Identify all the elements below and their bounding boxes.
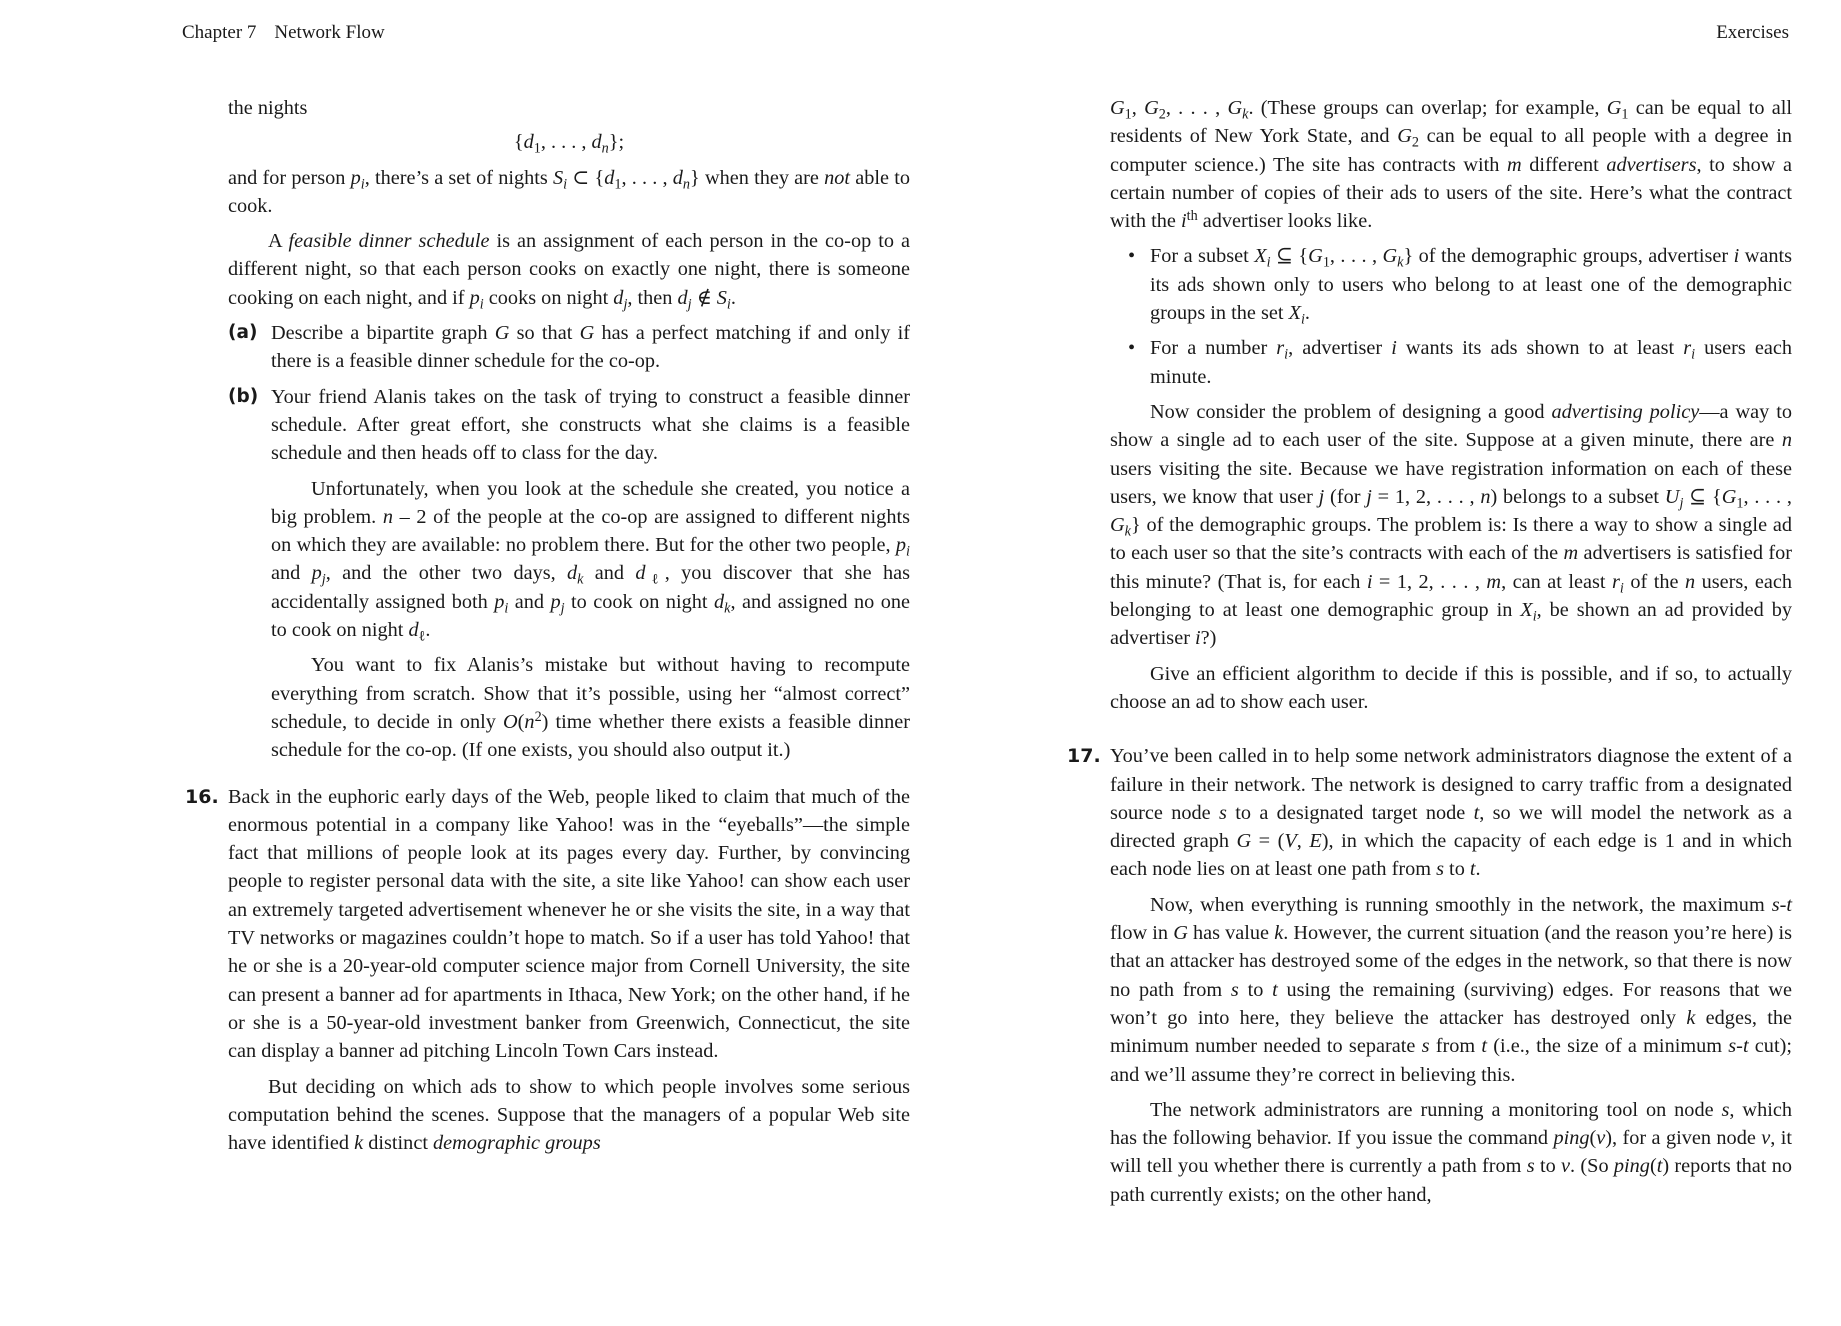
problem-16-paragraph-1: Back in the euphoric early days of the W…: [228, 783, 910, 1066]
problem-17-number: 17.: [1067, 742, 1101, 770]
bullet-item-number: For a number ri, advertiser i wants its …: [1110, 334, 1792, 391]
paragraph-advertising-policy: Now consider the problem of designing a …: [1110, 398, 1792, 653]
right-column: G1, G2, . . . , Gk. (These groups can ov…: [1110, 94, 1792, 1209]
part-a: (a) Describe a bipartite graph G so that…: [228, 319, 910, 376]
left-column: the nights {d1, . . . , dn}; and for per…: [228, 94, 910, 1157]
part-b-text-1: Your friend Alanis takes on the task of …: [271, 383, 910, 468]
part-a-label: (a): [228, 319, 257, 347]
paragraph-give-algorithm: Give an efficient algorithm to decide if…: [1110, 660, 1792, 717]
contract-conditions-list: For a subset Xi ⊆ {G1, . . . , Gk} of th…: [1110, 242, 1792, 390]
problem-16-number: 16.: [185, 783, 219, 811]
paragraph-person-nights: and for person pi, there’s a set of nigh…: [228, 164, 910, 221]
part-b-label: (b): [228, 383, 258, 411]
part-b-text-3: You want to fix Alanis’s mistake but wit…: [271, 651, 910, 764]
problem-16-paragraph-2: But deciding on which ads to show to whi…: [228, 1073, 910, 1158]
paragraph-nights: the nights: [228, 94, 910, 122]
problem-16: 16. Back in the euphoric early days of t…: [228, 783, 910, 1158]
paragraph-demographic-groups: G1, G2, . . . , Gk. (These groups can ov…: [1110, 94, 1792, 235]
bullet-item-subset: For a subset Xi ⊆ {G1, . . . , Gk} of th…: [1110, 242, 1792, 327]
problem-17: 17. You’ve been called in to help some n…: [1110, 742, 1792, 1209]
running-head-right: Exercises: [1716, 22, 1789, 44]
paragraph-feasible-schedule: A feasible dinner schedule is an assignm…: [228, 227, 910, 312]
display-equation-nights: {d1, . . . , dn};: [228, 128, 910, 156]
problem-17-paragraph-1: You’ve been called in to help some netwo…: [1110, 742, 1792, 883]
running-head-left: Chapter 7Network Flow: [182, 22, 385, 44]
problem-17-paragraph-2: Now, when everything is running smoothly…: [1110, 891, 1792, 1089]
chapter-title: Network Flow: [274, 22, 384, 43]
part-b-text-2: Unfortunately, when you look at the sche…: [271, 475, 910, 645]
part-a-text: Describe a bipartite graph G so that G h…: [271, 319, 910, 376]
part-b: (b) Your friend Alanis takes on the task…: [228, 383, 910, 765]
chapter-number: Chapter 7: [182, 22, 256, 43]
problem-17-paragraph-3: The network administrators are running a…: [1110, 1096, 1792, 1209]
